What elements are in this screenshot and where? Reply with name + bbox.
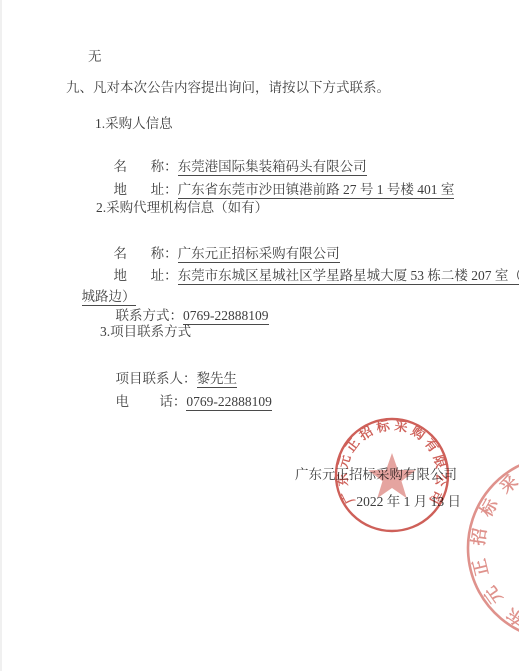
purchaser-address-value: 广东省东莞市沙田镇港前路 27 号 1 号楼 401 室 <box>178 182 455 199</box>
project-phone-label: 电 话： <box>116 394 187 409</box>
agency-address-row: 地 址：东莞市东城区星城社区学星路星城大厦 53 栋二楼 207 室（环 <box>100 253 519 298</box>
purchaser-heading: 1.采购人信息 <box>95 116 173 131</box>
agency-contact-label: 联系方式： <box>116 308 184 323</box>
agency-heading: 2.采购代理机构信息（如有） <box>96 200 268 215</box>
signature-date: 2022 年 1 月 13 日 <box>356 494 461 509</box>
edge-seal-border-circle <box>460 448 519 648</box>
project-heading: 3.项目联系方式 <box>100 324 191 339</box>
purchaser-address-label: 地 址： <box>114 182 178 197</box>
none-text: 无 <box>88 49 102 64</box>
edge-seal-ring-text-holder: 广东元正招标采购有限公司 <box>460 448 519 648</box>
project-phone-row: 电 话：0769-22888109 <box>102 379 272 424</box>
edge-seal-ring-text: 广东元正招标采购有限公司 <box>460 448 519 648</box>
scan-edge-artifact <box>0 0 2 671</box>
agency-contact-value: 0769-22888109 <box>183 308 269 325</box>
edge-seal-stamp: 广东元正招标采购有限公司 <box>460 448 519 648</box>
signature-company: 广东元正招标采购有限公司 <box>295 467 457 482</box>
agency-address-line1: 东莞市东城区星城社区学星路星城大厦 53 栋二楼 207 室（环 <box>178 268 519 285</box>
document-page: 无 九、凡对本次公告内容提出询问，请按以下方式联系。 1.采购人信息 名 称：东… <box>0 0 519 671</box>
section-nine-text: 九、凡对本次公告内容提出询问，请按以下方式联系。 <box>66 80 390 95</box>
project-phone-value: 0769-22888109 <box>186 394 272 411</box>
